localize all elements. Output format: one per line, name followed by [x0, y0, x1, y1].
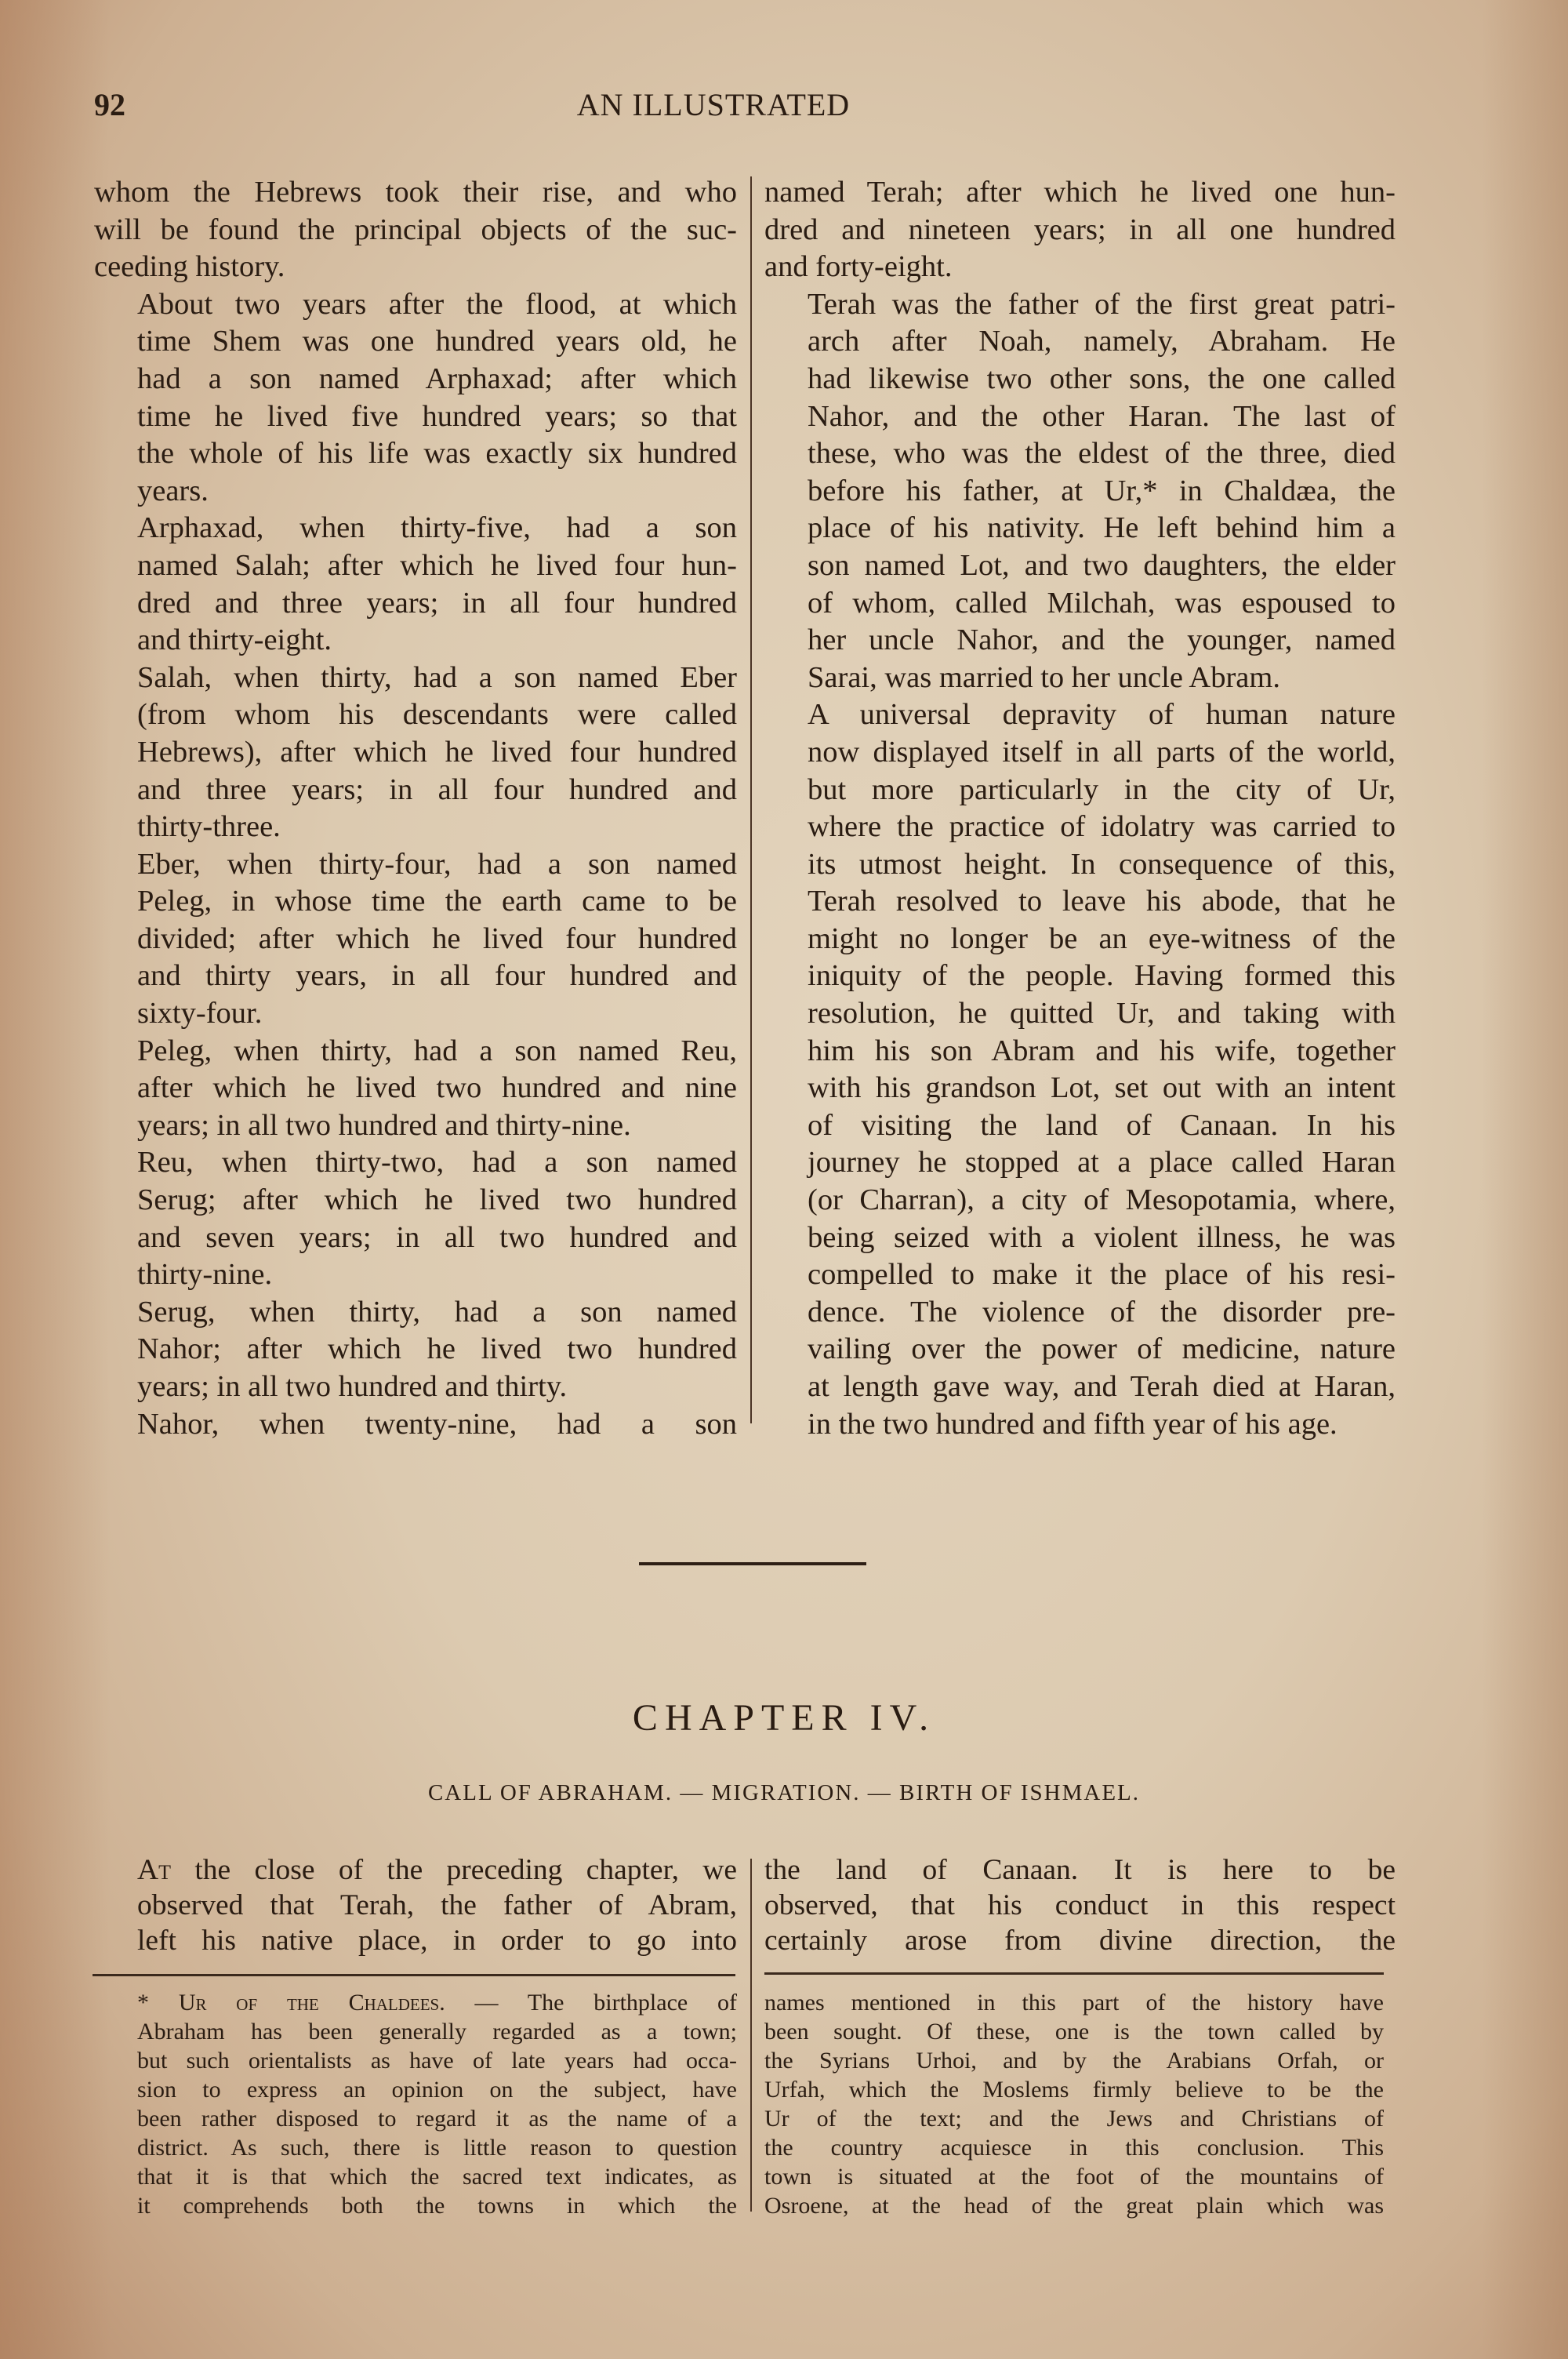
text-line: will be found the principal objects of t…: [94, 212, 737, 249]
text-line: the Syrians Urhoi, and by the Arabians O…: [764, 2046, 1384, 2075]
paragraph: About two years after the flood, at whic…: [94, 286, 737, 511]
text-line: Peleg, when thirty, had a son named Reu,: [94, 1033, 737, 1070]
text-line: Serug, when thirty, had a son named: [94, 1294, 737, 1332]
paragraph: Reu, when thirty-two, had a son namedSer…: [94, 1144, 737, 1293]
text-line: Serug; after which he lived two hundred: [94, 1182, 737, 1219]
text-line: of visiting the land of Canaan. In his: [764, 1107, 1396, 1145]
text-line: and forty-eight.: [764, 249, 1396, 286]
text-line: observed that Terah, the father of Abram…: [94, 1888, 737, 1923]
text-line: Nahor, when twenty-nine, had a son: [94, 1406, 737, 1444]
text-line: but more particularly in the city of Ur,: [764, 772, 1396, 809]
text-line: Terah was the father of the first great …: [764, 286, 1396, 324]
footnote-heading: Ur of the Chaldees.: [179, 1990, 445, 2016]
paragraph: Terah was the father of the first great …: [764, 286, 1396, 697]
text-line: district. As such, there is little reaso…: [94, 2133, 737, 2162]
top-right-column: named Terah; after which he lived one hu…: [764, 174, 1396, 1443]
chapter-title: CHAPTER IV.: [0, 1696, 1568, 1739]
paragraph: whom the Hebrews took their rise, and wh…: [94, 174, 737, 286]
column-divider-bottom: [750, 1859, 752, 2212]
text-line: that it is that which the sacred text in…: [94, 2162, 737, 2191]
text-line: him his son Abram and his wife, together: [764, 1033, 1396, 1070]
text-line: * Ur of the Chaldees. — The birthplace o…: [94, 1988, 737, 2017]
text-line: after which he lived two hundred and nin…: [94, 1070, 737, 1107]
text-line: Terah resolved to leave his abode, that …: [764, 883, 1396, 921]
text-line: dred and nineteen years; in all one hund…: [764, 212, 1396, 249]
column-divider-top: [750, 176, 752, 1423]
text-line: Hebrews), after which he lived four hund…: [94, 734, 737, 772]
chapter-right-column: the land of Canaan. It is here to be obs…: [764, 1852, 1396, 1958]
chapter-continuation-paragraph: the land of Canaan. It is here to be obs…: [764, 1852, 1396, 1958]
chapter-opening-paragraph: At the close of the preceding chapter, w…: [94, 1852, 737, 1958]
text-line: Urfah, which the Moslems firmly believe …: [764, 2075, 1384, 2104]
footnote-right-column: names mentioned in this part of the hist…: [764, 1988, 1384, 2220]
chapter-left-column: At the close of the preceding chapter, w…: [94, 1852, 737, 1958]
paragraph: Eber, when thirty-four, had a son namedP…: [94, 846, 737, 1033]
text-line: Arphaxad, when thirty-five, had a son: [94, 510, 737, 547]
text-line: years; in all two hundred and thirty.: [94, 1369, 737, 1406]
running-title: AN ILLUSTRATED: [94, 86, 1333, 123]
text-line: dence. The violence of the disorder pre-: [764, 1294, 1396, 1332]
text-line: whom the Hebrews took their rise, and wh…: [94, 174, 737, 212]
text-line: named Salah; after which he lived four h…: [94, 547, 737, 585]
text-line: might no longer be an eye-witness of the: [764, 921, 1396, 958]
text-line: thirty-nine.: [94, 1256, 737, 1294]
text-line: About two years after the flood, at whic…: [94, 286, 737, 324]
text-line: Osroene, at the head of the great plain …: [764, 2191, 1384, 2220]
paragraph: Peleg, when thirty, had a son named Reu,…: [94, 1033, 737, 1145]
chapter-subtitle: CALL OF ABRAHAM. — MIGRATION. — BIRTH OF…: [0, 1780, 1568, 1806]
footnote-left-column: * Ur of the Chaldees. — The birthplace o…: [94, 1988, 737, 2220]
text-line: with his grandson Lot, set out with an i…: [764, 1070, 1396, 1107]
text-line: vailing over the power of medicine, natu…: [764, 1331, 1396, 1369]
text-line: Nahor; after which he lived two hundred: [94, 1331, 737, 1369]
lead-word: At: [137, 1854, 171, 1886]
text-line: iniquity of the people. Having formed th…: [764, 958, 1396, 995]
text-line: its utmost height. In consequence of thi…: [764, 846, 1396, 884]
text-line: and thirty years, in all four hundred an…: [94, 958, 737, 995]
text-line: sion to express an opinion on the subjec…: [94, 2075, 737, 2104]
text-line: where the practice of idolatry was carri…: [764, 809, 1396, 846]
text-line: the land of Canaan. It is here to be: [764, 1852, 1396, 1888]
text-line: ceeding history.: [94, 249, 737, 286]
text-line: years; in all two hundred and thirty-nin…: [94, 1107, 737, 1145]
text-line: and seven years; in all two hundred and: [94, 1219, 737, 1257]
text-line: A universal depravity of human nature: [764, 696, 1396, 734]
book-page: 92 AN ILLUSTRATED whom the Hebrews took …: [0, 0, 1568, 2359]
text-line: and thirty-eight.: [94, 622, 737, 660]
text-line: compelled to make it the place of his re…: [764, 1256, 1396, 1294]
text-line: Ur of the text; and the Jews and Christi…: [764, 2104, 1384, 2133]
text-line: had likewise two other sons, the one cal…: [764, 361, 1396, 398]
page-edge-shadow-left: [0, 0, 110, 2359]
footnote-paragraph: * Ur of the Chaldees. — The birthplace o…: [94, 1988, 737, 2220]
footnote-rule-right: [764, 1972, 1384, 1975]
footnote-rule-left: [93, 1974, 735, 1976]
section-rule: [639, 1562, 866, 1565]
text-line: Sarai, was married to her uncle Abram.: [764, 660, 1396, 697]
text-line: dred and three years; in all four hundre…: [94, 585, 737, 623]
text-line: been sought. Of these, one is the town c…: [764, 2017, 1384, 2046]
page-edge-shadow-right: [1482, 0, 1568, 2359]
text-line: divided; after which he lived four hundr…: [94, 921, 737, 958]
text-line: (or Charran), a city of Mesopotamia, whe…: [764, 1182, 1396, 1219]
text-line: town is situated at the foot of the moun…: [764, 2162, 1384, 2191]
text-line: it comprehends both the towns in which t…: [94, 2191, 737, 2220]
text-line: had a son named Arphaxad; after which: [94, 361, 737, 398]
text-line: resolution, he quitted Ur, and taking wi…: [764, 995, 1396, 1033]
paragraph: Serug, when thirty, had a son namedNahor…: [94, 1294, 737, 1406]
text-line: Nahor, and the other Haran. The last of: [764, 398, 1396, 436]
text-line: (from whom his descendants were called: [94, 696, 737, 734]
text-line: before his father, at Ur,* in Chaldæa, t…: [764, 473, 1396, 511]
text-line: names mentioned in this part of the hist…: [764, 1988, 1384, 2017]
text-line: named Terah; after which he lived one hu…: [764, 174, 1396, 212]
text-line: certainly arose from divine direction, t…: [764, 1923, 1396, 1958]
text-line: these, who was the eldest of the three, …: [764, 435, 1396, 473]
text-line: place of his nativity. He left behind hi…: [764, 510, 1396, 547]
running-head: 92 AN ILLUSTRATED: [94, 86, 1443, 133]
text-line: been rather disposed to regard it as the…: [94, 2104, 737, 2133]
text-line: at length gave way, and Terah died at Ha…: [764, 1369, 1396, 1406]
text-line: Reu, when thirty-two, had a son named: [94, 1144, 737, 1182]
paragraph: Salah, when thirty, had a son named Eber…: [94, 660, 737, 846]
text-line: being seized with a violent illness, he …: [764, 1219, 1396, 1257]
text-line: Eber, when thirty-four, had a son named: [94, 846, 737, 884]
footnote-marker: *: [137, 1990, 149, 2016]
text-line: left his native place, in order to go in…: [94, 1923, 737, 1958]
text-line: sixty-four.: [94, 995, 737, 1033]
text-line: Abraham has been generally regarded as a…: [94, 2017, 737, 2046]
text-line: of whom, called Milchah, was espoused to: [764, 585, 1396, 623]
paragraph: Nahor, when twenty-nine, had a son: [94, 1406, 737, 1444]
text-line: but such orientalists as have of late ye…: [94, 2046, 737, 2075]
text-line: time he lived five hundred years; so tha…: [94, 398, 737, 436]
text-line: the country acquiesce in this conclusion…: [764, 2133, 1384, 2162]
text-line: now displayed itself in all parts of the…: [764, 734, 1396, 772]
text-line: journey he stopped at a place called Har…: [764, 1144, 1396, 1182]
paragraph: Arphaxad, when thirty-five, had a sonnam…: [94, 510, 737, 659]
paragraph: named Terah; after which he lived one hu…: [764, 174, 1396, 286]
text-line: At the close of the preceding chapter, w…: [94, 1852, 737, 1888]
text-line: her uncle Nahor, and the younger, named: [764, 622, 1396, 660]
footnote-continuation: names mentioned in this part of the hist…: [764, 1988, 1384, 2220]
text-line: Peleg, in whose time the earth came to b…: [94, 883, 737, 921]
text-line: thirty-three.: [94, 809, 737, 846]
text-line: Salah, when thirty, had a son named Eber: [94, 660, 737, 697]
paragraph: A universal depravity of human naturenow…: [764, 696, 1396, 1443]
text-line: years.: [94, 473, 737, 511]
text-line: the whole of his life was exactly six hu…: [94, 435, 737, 473]
text-line: observed, that his conduct in this respe…: [764, 1888, 1396, 1923]
text-line: time Shem was one hundred years old, he: [94, 323, 737, 361]
text-line: in the two hundred and fifth year of his…: [764, 1406, 1396, 1444]
text-line: and three years; in all four hundred and: [94, 772, 737, 809]
text-line: son named Lot, and two daughters, the el…: [764, 547, 1396, 585]
text-line: arch after Noah, namely, Abraham. He: [764, 323, 1396, 361]
top-left-column: whom the Hebrews took their rise, and wh…: [94, 174, 737, 1443]
